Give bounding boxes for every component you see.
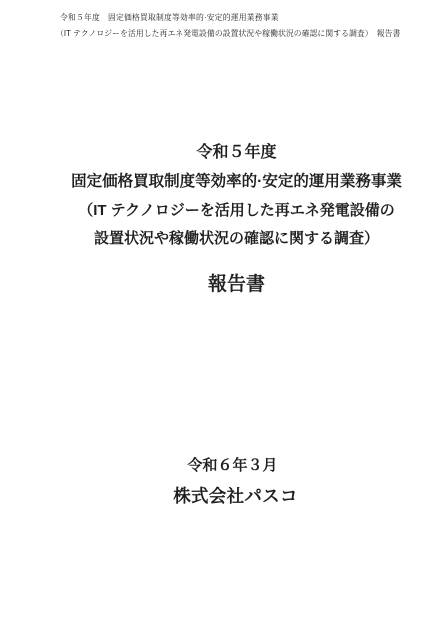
title-block: 令和５年度 固定価格買取制度等効率的·安定的運用業務事業 （IT テクノロジーを… — [0, 139, 445, 253]
title-program-name: 固定価格買取制度等効率的·安定的運用業務事業 — [28, 167, 445, 196]
document-type-label: 報告書 — [0, 269, 445, 296]
publication-date: 令和６年３月 — [0, 454, 445, 475]
running-header-line-2: （IT テクノロジーを活用した再エネ発電設備の設置状況や稼働状況の確認に関する調… — [56, 29, 400, 39]
title-subtitle-line-1: （IT テクノロジーを活用した再エネ発電設備の — [28, 196, 445, 225]
title-fiscal-year: 令和５年度 — [28, 139, 445, 167]
company-name: 株式会社パスコ — [0, 483, 445, 508]
report-cover-page: 令和５年度 固定価格買取制度等効率的·安定的運用業務事業 （IT テクノロジーを… — [0, 0, 445, 630]
title-subtitle-line-2: 設置状況や稼働状況の確認に関する調査） — [28, 225, 445, 253]
running-header-line-1: 令和５年度 固定価格買取制度等効率的·安定的運用業務事業 — [60, 13, 279, 23]
